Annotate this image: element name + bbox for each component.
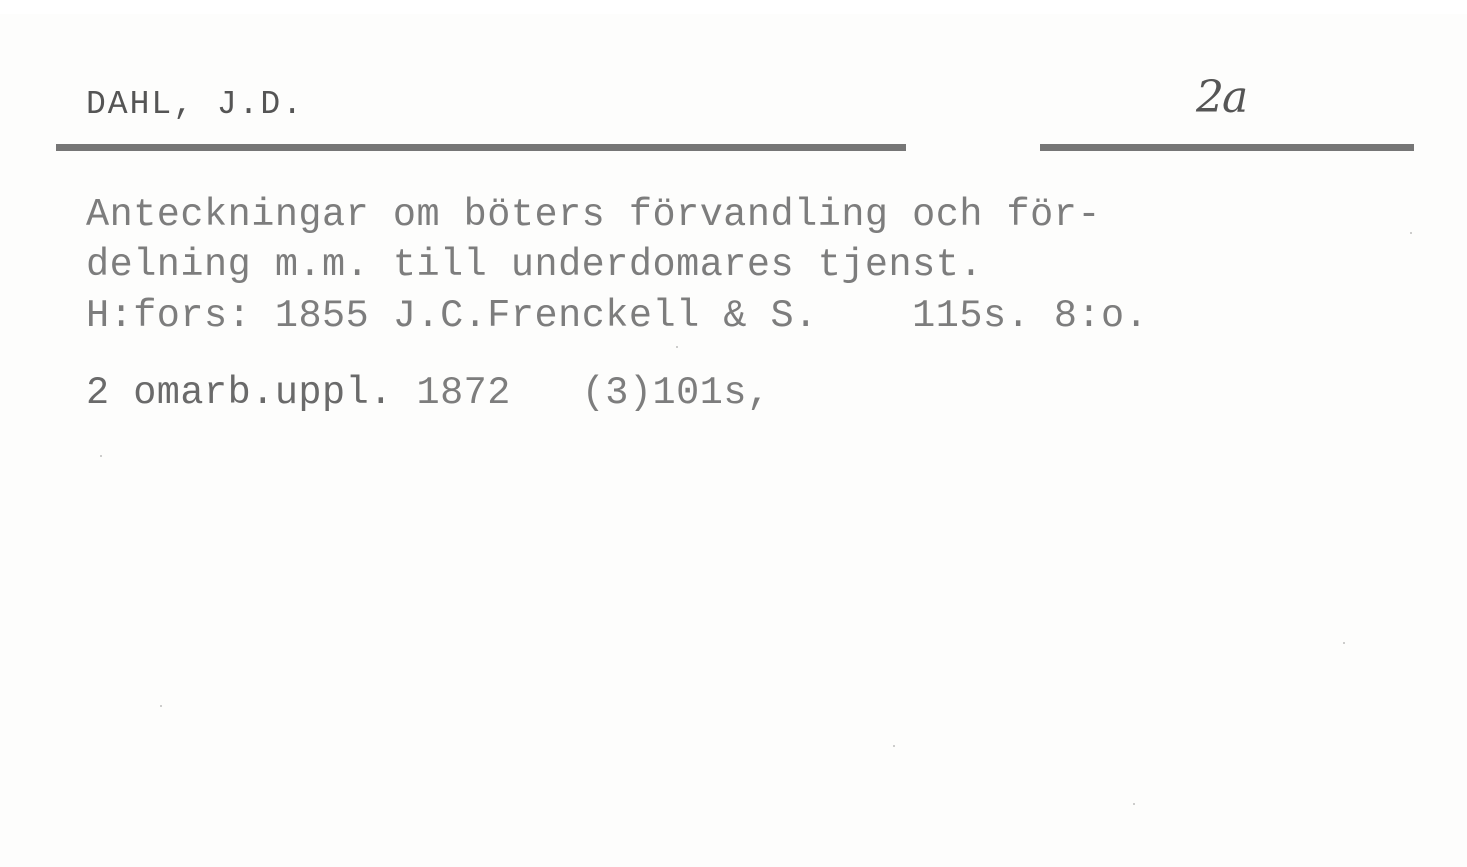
edition-line: 2 omarb.uppl. 1872 (3)101s, [86, 371, 771, 415]
paper-speck [676, 346, 678, 348]
author-name: DAHL, J.D. [86, 86, 304, 123]
edition-pages: (3)101s, [582, 371, 771, 415]
imprint-place: H:fors: [86, 294, 251, 338]
edition-statement: 2 omarb.uppl. [86, 371, 393, 415]
imprint-line: H:fors: 1855 J.C.Frenckell & S. 115s. 8:… [86, 294, 1148, 338]
edition-year: 1872 [416, 371, 510, 415]
heading-rule-right [1040, 144, 1414, 151]
imprint-publisher: J.C.Frenckell & S. [393, 294, 818, 338]
paper-speck [160, 705, 162, 707]
paper-speck [1410, 232, 1412, 234]
heading-rule-left [56, 144, 906, 151]
imprint-pages: 115s. [912, 294, 1030, 338]
paper-speck [893, 745, 895, 747]
catalog-card: DAHL, J.D. 2a Anteckningar om böters för… [0, 0, 1467, 867]
imprint-year: 1855 [275, 294, 369, 338]
title-line-2: delning m.m. till underdomares tjenst. [86, 243, 983, 287]
paper-speck [1133, 803, 1135, 805]
title-line-1: Anteckningar om böters förvandling och f… [86, 193, 1101, 237]
call-number: 2a [1196, 72, 1246, 123]
paper-speck [1343, 642, 1345, 644]
imprint-format: 8:o. [1054, 294, 1148, 338]
author-heading: DAHL, J.D. [86, 86, 304, 123]
paper-speck [100, 455, 102, 457]
